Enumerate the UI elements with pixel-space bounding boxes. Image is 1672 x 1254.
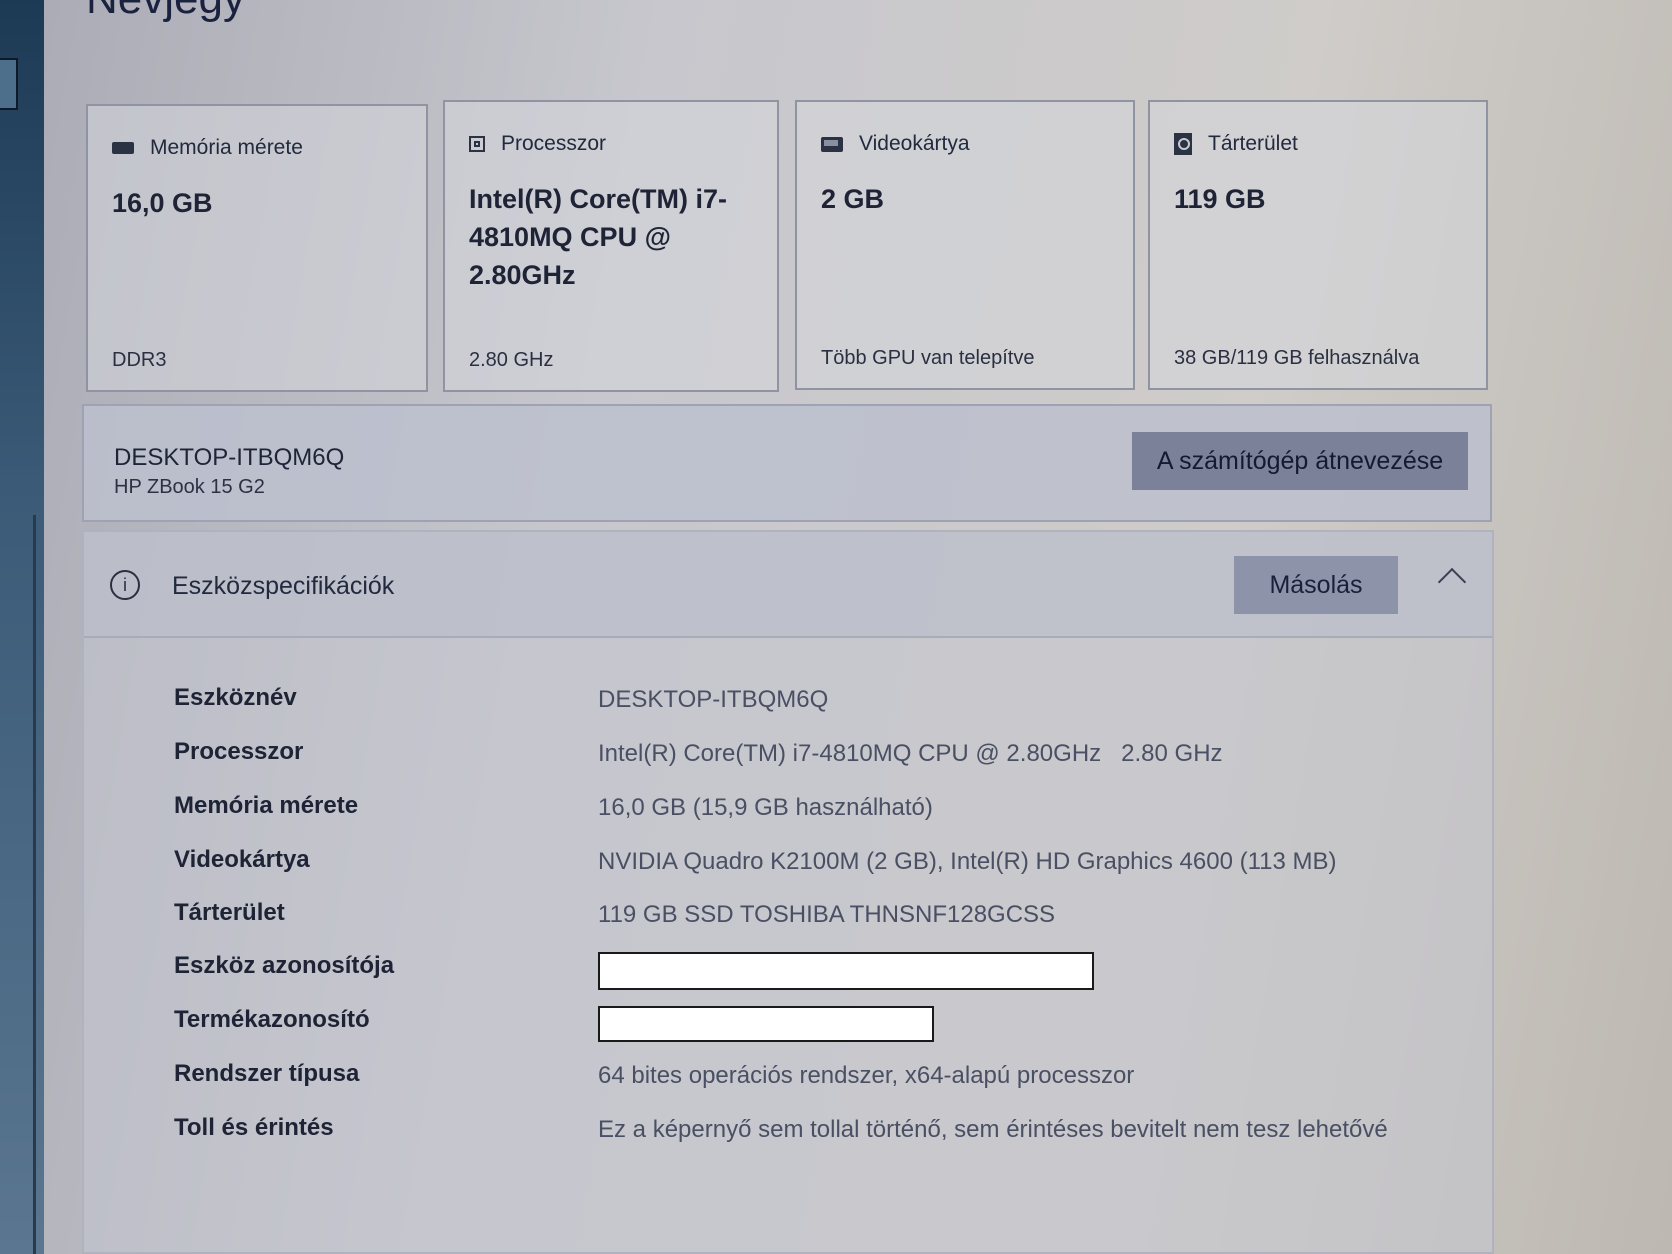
card-label: Processzor (501, 132, 606, 156)
spec-row: Rendszer típusa 64 bites operációs rends… (174, 1060, 1408, 1092)
card-value: 119 GB (1174, 180, 1454, 218)
spec-label: Processzor (174, 738, 598, 770)
spec-row: Eszköz azonosítója (174, 952, 1408, 990)
device-specs-header[interactable]: i Eszközspecifikációk Másolás (84, 532, 1492, 638)
spec-value (598, 1006, 1408, 1042)
cpu-icon (469, 136, 485, 152)
rename-pc-button[interactable]: A számítógép átnevezése (1132, 432, 1468, 490)
nav-back-button[interactable] (0, 58, 18, 110)
card-sub: DDR3 (112, 349, 166, 372)
spec-value: Intel(R) Core(TM) i7-4810MQ CPU @ 2.80GH… (598, 738, 1408, 770)
navigation-pane (0, 0, 44, 1254)
spec-row: Eszköznév DESKTOP-ITBQM6Q (174, 684, 1408, 716)
device-name: DESKTOP-ITBQM6Q (114, 444, 344, 472)
card-processor: Processzor Intel(R) Core(TM) i7-4810MQ C… (443, 100, 779, 392)
redacted-device-id (598, 952, 1094, 990)
card-sub: 2.80 GHz (469, 349, 553, 372)
spec-value: DESKTOP-ITBQM6Q (598, 684, 1408, 716)
spec-row: Videokártya NVIDIA Quadro K2100M (2 GB),… (174, 846, 1408, 878)
card-value: 2 GB (821, 180, 1101, 218)
spec-label: Toll és érintés (174, 1114, 598, 1146)
spec-value: Ez a képernyő sem tollal történő, sem ér… (598, 1114, 1408, 1146)
card-sub: 38 GB/119 GB felhasználva (1174, 347, 1419, 370)
device-name-panel: DESKTOP-ITBQM6Q HP ZBook 15 G2 A számító… (82, 404, 1492, 522)
spec-value: 16,0 GB (15,9 GB használható) (598, 792, 1408, 824)
spec-label: Eszköznév (174, 684, 598, 716)
nav-scrollbar[interactable] (33, 515, 36, 1254)
spec-row: Memória mérete 16,0 GB (15,9 GB használh… (174, 792, 1408, 824)
card-value: Intel(R) Core(TM) i7-4810MQ CPU @ 2.80GH… (469, 180, 749, 294)
spec-row: Toll és érintés Ez a képernyő sem tollal… (174, 1114, 1408, 1146)
spec-row: Tárterület 119 GB SSD TOSHIBA THNSNF128G… (174, 899, 1408, 931)
spec-value: 64 bites operációs rendszer, x64-alapú p… (598, 1060, 1408, 1092)
redacted-product-id (598, 1006, 934, 1042)
card-memory: Memória mérete 16,0 GB DDR3 (86, 104, 428, 392)
spec-label: Videokártya (174, 846, 598, 878)
card-label: Tárterület (1208, 132, 1298, 156)
card-value: 16,0 GB (112, 184, 392, 222)
spec-label: Rendszer típusa (174, 1060, 598, 1092)
info-icon: i (110, 570, 140, 600)
hdd-icon (1174, 133, 1192, 155)
spec-value: NVIDIA Quadro K2100M (2 GB), Intel(R) HD… (598, 846, 1408, 878)
spec-row: Termékazonosító (174, 1006, 1408, 1042)
spec-row: Processzor Intel(R) Core(TM) i7-4810MQ C… (174, 738, 1408, 770)
copy-button[interactable]: Másolás (1234, 556, 1398, 614)
card-sub: Több GPU van telepítve (821, 347, 1034, 370)
card-graphics: Videokártya 2 GB Több GPU van telepítve (795, 100, 1135, 390)
spec-value: 119 GB SSD TOSHIBA THNSNF128GCSS (598, 899, 1408, 931)
spec-label: Memória mérete (174, 792, 598, 824)
card-label: Videokártya (859, 132, 970, 156)
device-model: HP ZBook 15 G2 (114, 476, 265, 499)
page-title: Névjegy (86, 0, 245, 24)
chevron-up-icon[interactable] (1438, 568, 1466, 596)
spec-value (598, 952, 1408, 990)
spec-label: Tárterület (174, 899, 598, 931)
gpu-icon (821, 137, 843, 152)
device-specs-title: Eszközspecifikációk (172, 572, 394, 601)
card-label: Memória mérete (150, 136, 303, 160)
card-storage: Tárterület 119 GB 38 GB/119 GB felhaszná… (1148, 100, 1488, 390)
spec-label: Eszköz azonosítója (174, 952, 598, 990)
device-specs-panel: i Eszközspecifikációk Másolás Eszköznév … (82, 530, 1494, 1254)
spec-label: Termékazonosító (174, 1006, 598, 1042)
ram-icon (112, 142, 134, 154)
